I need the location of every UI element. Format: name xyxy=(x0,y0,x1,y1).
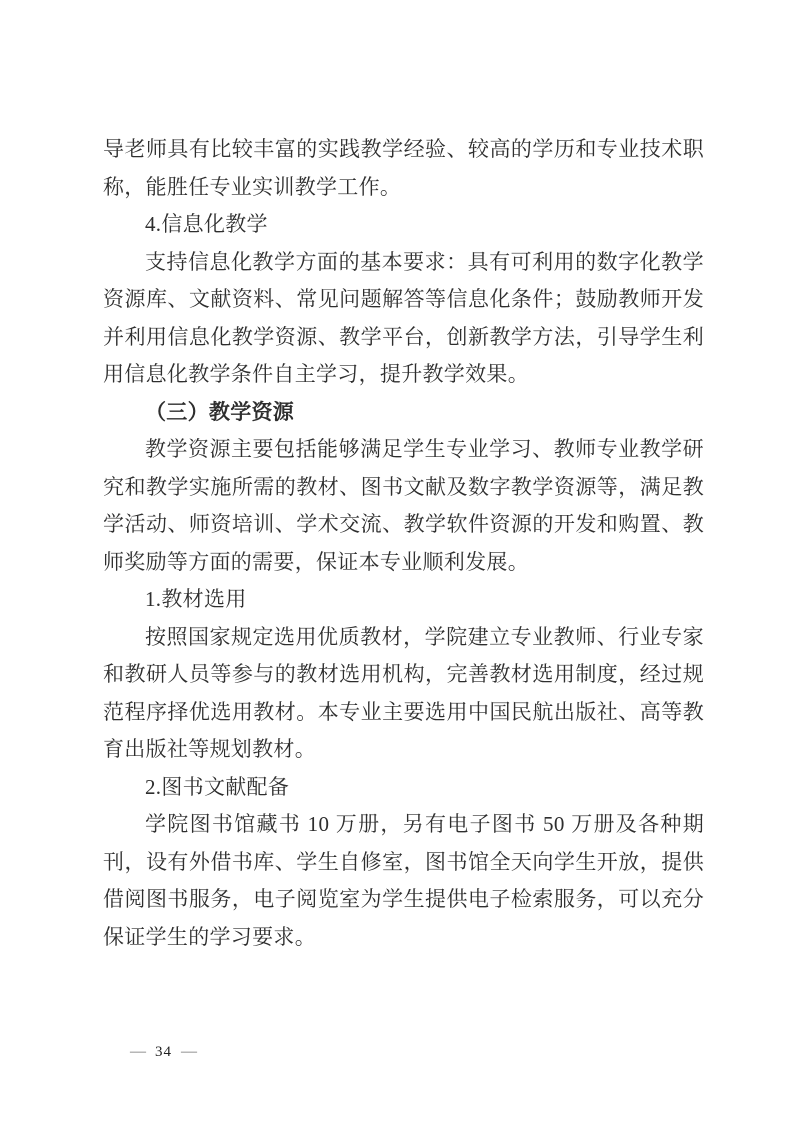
heading-4-informatized-teaching: 4.信息化教学 xyxy=(103,206,704,244)
paragraph-textbook-selection: 按照国家规定选用优质教材，学院建立专业教师、行业专家和教研人员等参与的教材选用机… xyxy=(103,619,704,769)
paragraph-continuation: 导老师具有比较丰富的实践教学经验、较高的学历和专业技术职称，能胜任专业实训教学工… xyxy=(103,131,704,206)
document-page: 导老师具有比较丰富的实践教学经验、较高的学历和专业技术职称，能胜任专业实训教学工… xyxy=(0,0,793,1122)
heading-2-library-literature: 2.图书文献配备 xyxy=(103,769,704,807)
paragraph-informatized-teaching: 支持信息化教学方面的基本要求：具有可利用的数字化教学资源库、文献资料、常见问题解… xyxy=(103,244,704,394)
footer-dash-right: — xyxy=(172,1044,206,1060)
heading-section-3-teaching-resources: （三）教学资源 xyxy=(103,394,704,432)
document-body: 导老师具有比较丰富的实践教学经验、较高的学历和专业技术职称，能胜任专业实训教学工… xyxy=(103,131,704,956)
footer-page-number: 34 xyxy=(155,1044,172,1061)
paragraph-library-literature: 学院图书馆藏书 10 万册，另有电子图书 50 万册及各种期刊，设有外借书库、学… xyxy=(103,806,704,956)
footer-dash-left: — xyxy=(121,1044,155,1060)
heading-1-textbook-selection: 1.教材选用 xyxy=(103,581,704,619)
paragraph-teaching-resources: 教学资源主要包括能够满足学生专业学习、教师专业教学研究和教学实施所需的教材、图书… xyxy=(103,431,704,581)
page-footer: — 34 — xyxy=(121,1040,206,1064)
